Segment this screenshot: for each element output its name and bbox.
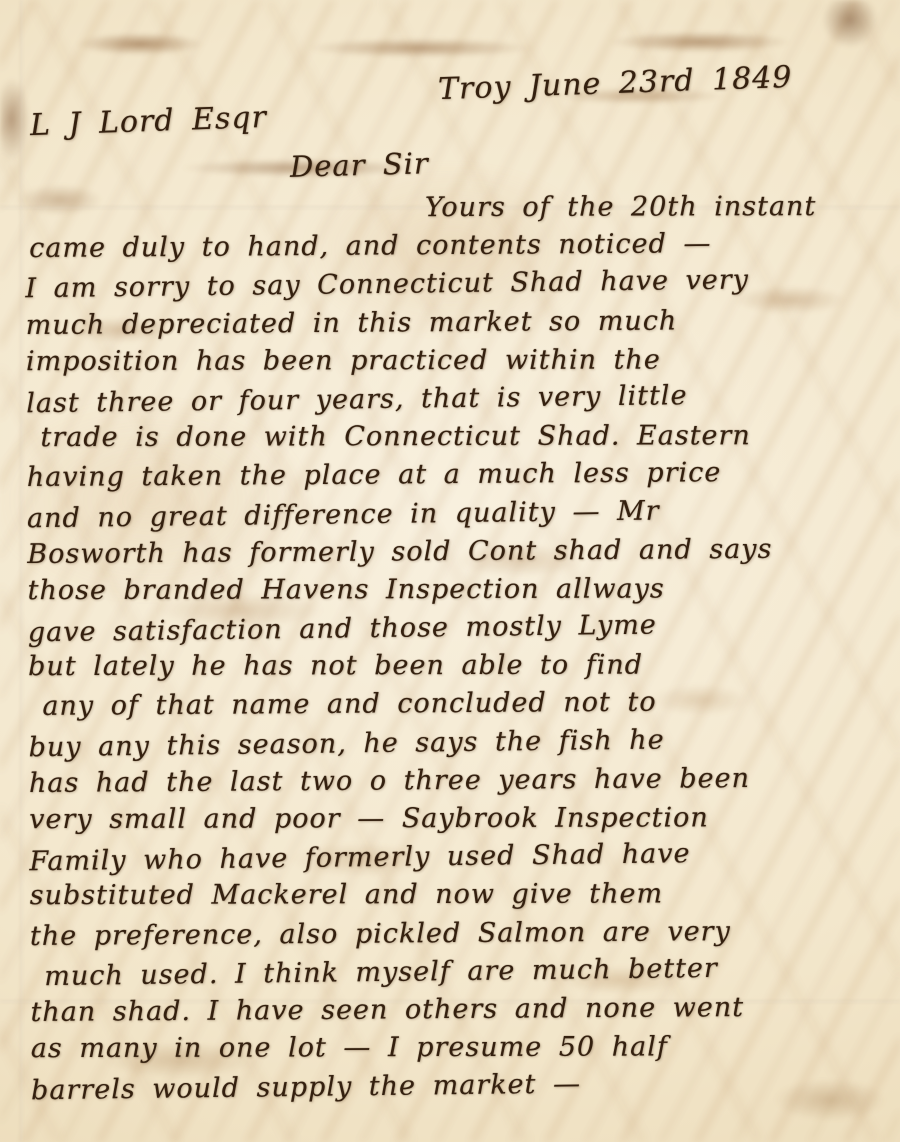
letter-line: those branded Havens Inspection allways [28, 573, 888, 613]
letter-line: but lately he has not been able to find [28, 649, 888, 689]
recipient-line: L J Lord Esqr [29, 100, 267, 143]
letter-line: trade is done with Connecticut Shad. Eas… [26, 420, 886, 460]
salutation-line: Dear Sir [290, 146, 430, 184]
letter-line: last three or four years, that is very l… [26, 378, 886, 427]
letter-line: very small and poor — Saybrook Inspectio… [29, 802, 889, 842]
letter-line: much depreciated in this market so much [26, 304, 886, 348]
place-date-line: Troy June 23rd 1849 [437, 60, 792, 107]
letter-line: imposition has been practiced within the [26, 344, 886, 384]
letter-line: substituted Mackerel and now give them [30, 878, 890, 918]
letter-line: barrels would supply the market — [31, 1065, 891, 1114]
letter-page: Troy June 23rd 1849 L J Lord Esqr Dear S… [0, 0, 900, 1142]
letter-body: Yours of the 20th instant came duly to h… [25, 189, 891, 1111]
vertical-fold-crease [20, 0, 23, 1142]
letter-line: Yours of the 20th instant [25, 191, 885, 231]
letter-line: gave satisfaction and those mostly Lyme [28, 607, 888, 656]
